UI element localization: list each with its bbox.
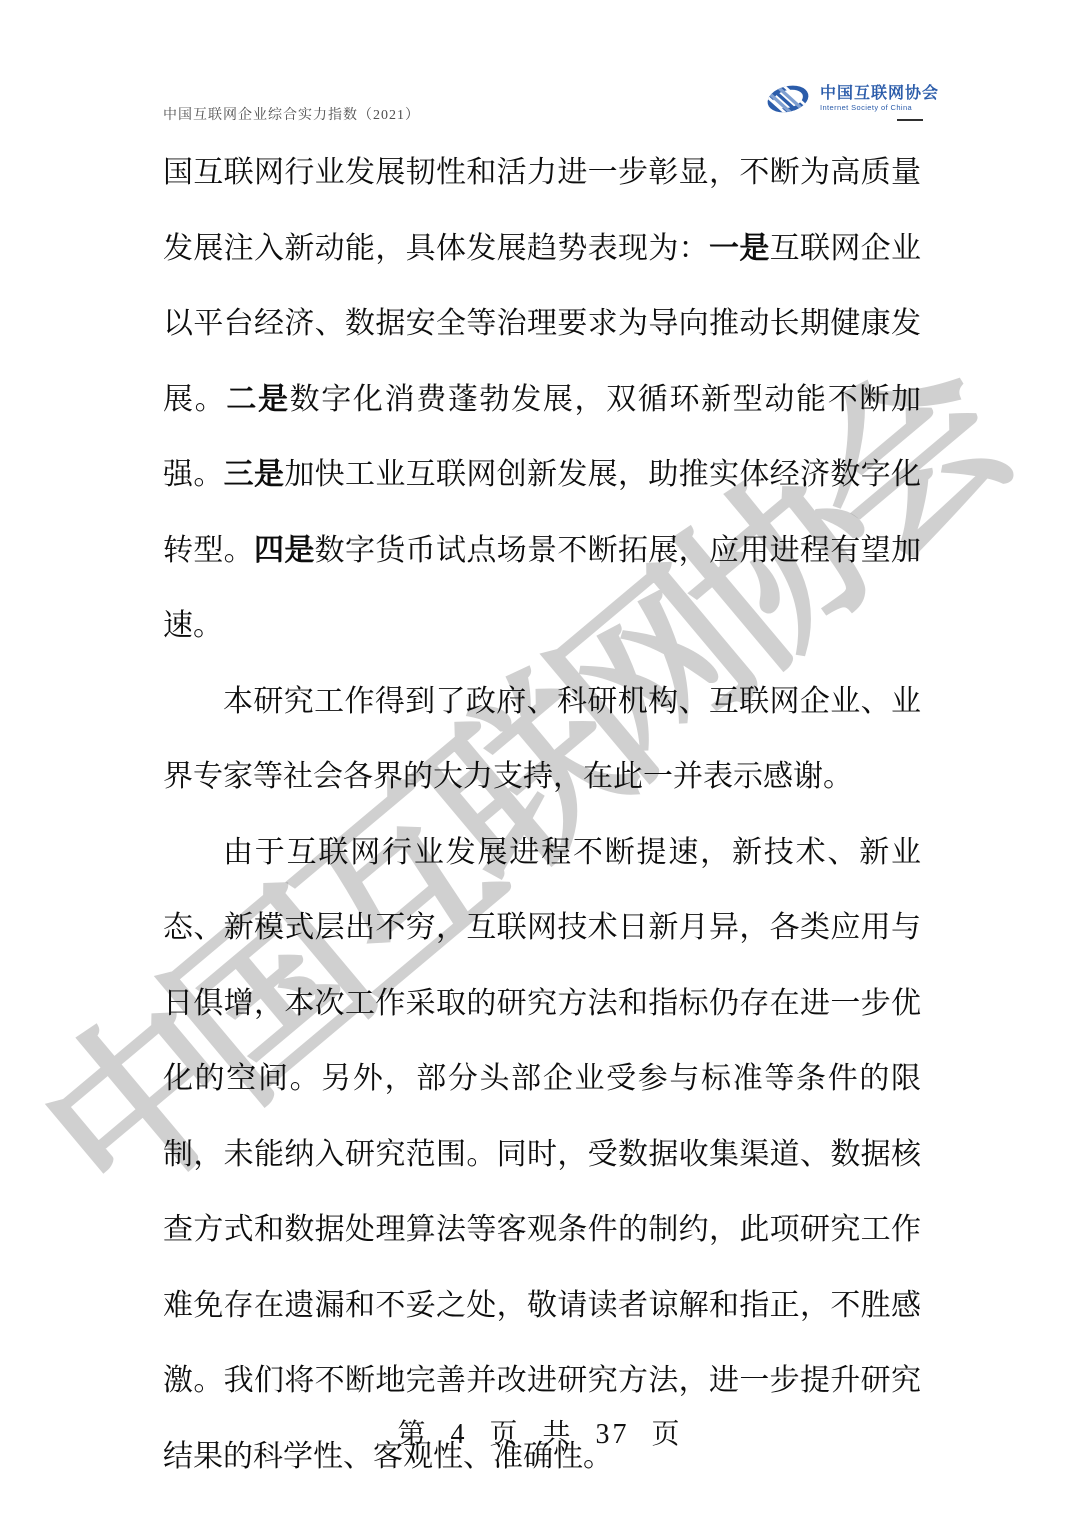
logo-text-block: 中国互联网协会 Internet Society of China — [820, 86, 939, 113]
isc-globe-swoosh-icon — [764, 80, 812, 118]
bold-text-segment: 一是 — [709, 232, 770, 265]
bold-text-segment: 四是 — [254, 534, 315, 567]
body-text: 国互联网行业发展韧性和活力进一步彰显，不断为高质量发展注入新动能，具体发展趋势表… — [163, 135, 921, 1494]
logo-name-english: Internet Society of China — [820, 104, 939, 112]
text-segment: 由于互联网行业发展进程不断提速，新技术、新业态、新模式层出不穷，互联网技术日新月… — [163, 836, 921, 1473]
footer-page-number: 第 4 页 共 37 页 — [0, 1412, 1080, 1452]
bold-text-segment: 三是 — [224, 458, 285, 491]
document-page: 中国互联网协会 中国互联网企业综合实力指数（2021） 中国互联网协会 I — [0, 0, 1080, 1527]
header-doc-title: 中国互联网企业综合实力指数（2021） — [163, 104, 420, 124]
paragraph: 本研究工作得到了政府、科研机构、互联网企业、业界专家等社会各界的大力支持，在此一… — [163, 664, 921, 815]
header-right-dash — [897, 119, 923, 121]
paragraph: 国互联网行业发展韧性和活力进一步彰显，不断为高质量发展注入新动能，具体发展趋势表… — [163, 135, 921, 664]
organization-logo: 中国互联网协会 Internet Society of China — [764, 80, 939, 118]
paragraph: 由于互联网行业发展进程不断提速，新技术、新业态、新模式层出不穷，互联网技术日新月… — [163, 815, 921, 1495]
text-segment: 本研究工作得到了政府、科研机构、互联网企业、业界专家等社会各界的大力支持，在此一… — [163, 685, 921, 794]
logo-name-chinese: 中国互联网协会 — [820, 86, 939, 103]
bold-text-segment: 二是 — [226, 383, 289, 416]
